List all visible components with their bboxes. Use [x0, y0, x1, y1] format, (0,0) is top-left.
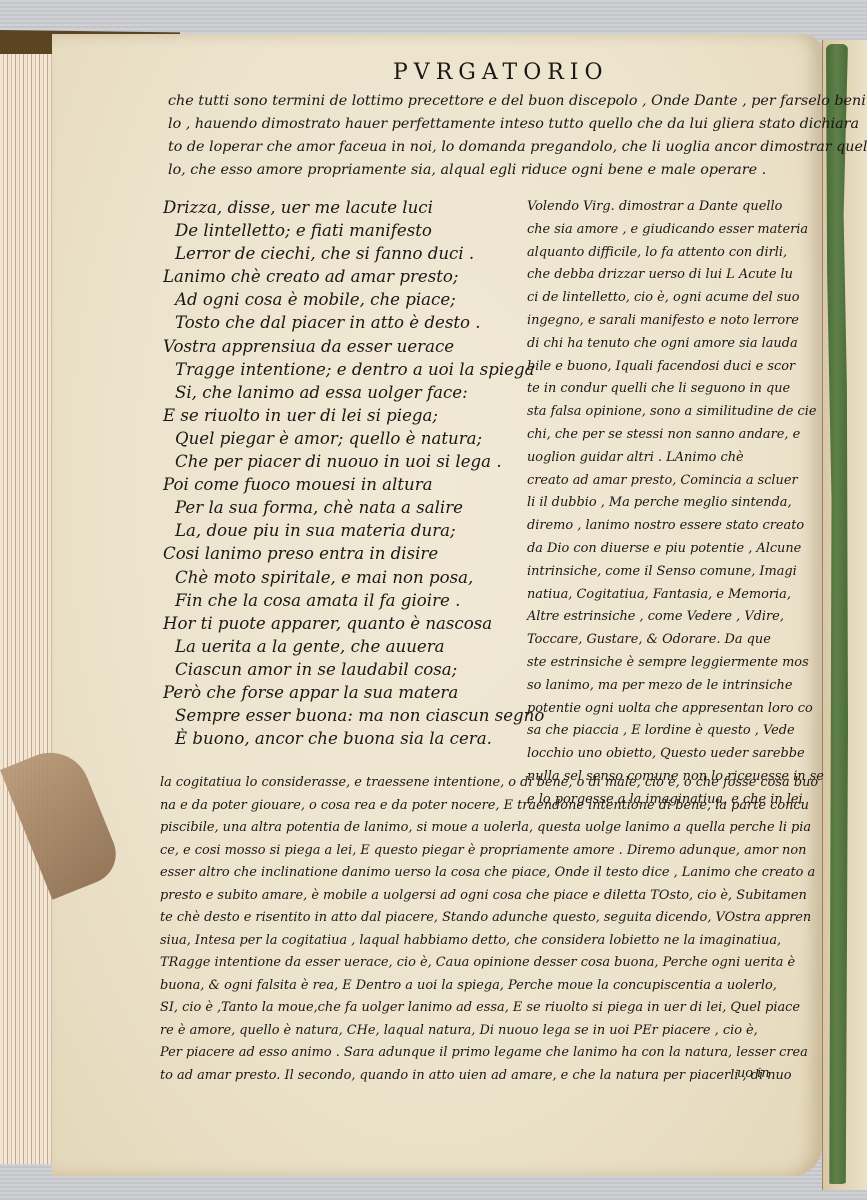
commentary-line: TRagge intentione da esser uerace, cio è… [160, 952, 780, 975]
catchword: uo in [737, 1066, 770, 1081]
commentary-line: che debba drizzar uerso di lui L Acute l… [527, 264, 785, 287]
verse-line: È buono, ancor che buona sia la cera. [163, 727, 518, 750]
verse-line: Ad ogni cosa è mobile, che piace; [163, 288, 518, 311]
commentary-line: che sia amore , e giudicando esser mater… [527, 219, 785, 242]
commentary-line: ste estrinsiche è sempre leggiermente mo… [527, 652, 785, 675]
commentary-line: esser altro che inclinatione danimo uers… [160, 862, 780, 885]
verse-line: Si, che lanimo ad essa uolger face: [163, 381, 518, 404]
verse-column: Drizza, disse, uer me lacute luciDe lint… [163, 196, 518, 750]
commentary-line: sta falsa opinione, sono a similitudine … [527, 401, 785, 424]
text-line: lo , hauendo dimostrato hauer perfettame… [168, 113, 778, 136]
commentary-line: so lanimo, ma per mezo de le intrinsiche [527, 675, 785, 698]
commentary-line: re è amore, quello è natura, CHe, laqual… [160, 1020, 780, 1043]
verse-line: E se riuolto in uer di lei si piega; [163, 404, 518, 427]
verse-line: Lanimo chè creato ad amar presto; [163, 265, 518, 288]
verse-line: Tosto che dal piacer in atto è desto . [163, 311, 518, 334]
verse-line: De lintelletto; e fiati manifesto [163, 219, 518, 242]
commentary-line: Per piacere ad esso animo . Sara adunque… [160, 1042, 780, 1065]
commentary-line: presto e subito amare, è mobile a uolger… [160, 885, 780, 908]
running-title: PVRGATORIO [393, 60, 609, 85]
text-line: che tutti sono termini de lottimo precet… [168, 90, 778, 113]
text-line: lo, che esso amore propriamente sia, alq… [168, 159, 778, 182]
commentary-line: siua, Intesa per la cogitatiua , laqual … [160, 930, 780, 953]
commentary-line: da Dio con diuerse e piu potentie , Alcu… [527, 538, 785, 561]
verse-line: Ciascun amor in se laudabil cosa; [163, 658, 518, 681]
commentary-line: ce, e cosi mosso si piega a lei, E quest… [160, 840, 780, 863]
commentary-paragraph: la cogitatiua lo considerasse, e traesse… [160, 772, 780, 1087]
commentary-line: piscibile, una altra potentia de lanimo,… [160, 817, 780, 840]
commentary-line: buona, & ogni falsita è rea, E Dentro a … [160, 975, 780, 998]
verse-line: Cosi lanimo preso entra in disire [163, 542, 518, 565]
commentary-line: Toccare, Gustare, & Odorare. Da que [527, 629, 785, 652]
commentary-line: to ad amar presto. Il secondo, quando in… [160, 1065, 780, 1088]
commentary-line: intrinsiche, come il Senso comune, Imagi [527, 561, 785, 584]
page-edges [0, 38, 57, 1164]
commentary-line: SI, cio è ,Tanto la moue,che fa uolger l… [160, 997, 780, 1020]
verse-line: Chè moto spiritale, e mai non posa, [163, 566, 518, 589]
verse-line: La uerita a la gente, che auuera [163, 635, 518, 658]
commentary-line: na e da poter giouare, o cosa rea e da p… [160, 795, 780, 818]
verse-line: Fin che la cosa amata il fa gioire . [163, 589, 518, 612]
intro-paragraph: che tutti sono termini de lottimo precet… [168, 90, 778, 182]
commentary-line: chi, che per se stessi non sanno andare,… [527, 424, 785, 447]
commentary-line: li il dubbio , Ma perche meglio sintenda… [527, 492, 785, 515]
commentary-line: la cogitatiua lo considerasse, e traesse… [160, 772, 780, 795]
commentary-line: locchio uno obietto, Questo ueder sarebb… [527, 743, 785, 766]
commentary-line: bile e buono, Iquali facendosi duci e sc… [527, 356, 785, 379]
commentary-line: ingegno, e sarali manifesto e noto lerro… [527, 310, 785, 333]
verse-line: Quel piegar è amor; quello è natura; [163, 427, 518, 450]
verse-line: Poi come fuoco mouesi in altura [163, 473, 518, 496]
verse-line: Per la sua forma, chè nata a salire [163, 496, 518, 519]
verse-line: Vostra apprensiua da esser uerace [163, 335, 518, 358]
commentary-line: creato ad amar presto, Comincia a scluer [527, 470, 785, 493]
commentary-line: ci de lintelletto, cio è, ogni acume del… [527, 287, 785, 310]
commentary-line: Altre estrinsiche , come Vedere , Vdire, [527, 606, 785, 629]
verse-line: Tragge intentione; e dentro a uoi la spi… [163, 358, 518, 381]
commentary-line: te chè desto e risentito in atto dal pia… [160, 907, 780, 930]
commentary-column: Volendo Virg. dimostrar a Dante quelloch… [527, 196, 785, 812]
commentary-line: alquanto difficile, lo fa attento con di… [527, 242, 785, 265]
verse-line: Che per piacer di nuouo in uoi si lega . [163, 450, 518, 473]
commentary-line: natiua, Cogitatiua, Fantasia, e Memoria, [527, 584, 785, 607]
commentary-line: sa che piaccia , E lordine è questo , Ve… [527, 720, 785, 743]
commentary-line: te in condur quelli che li seguono in qu… [527, 378, 785, 401]
commentary-line: diremo , lanimo nostro essere stato crea… [527, 515, 785, 538]
commentary-line: uoglion guidar altri . LAnimo chè [527, 447, 785, 470]
verse-line: Però che forse appar la sua matera [163, 681, 518, 704]
commentary-line: potentie ogni uolta che appresentan loro… [527, 698, 785, 721]
verse-line: Hor ti puote apparer, quanto è nascosa [163, 612, 518, 635]
verse-line: Lerror de ciechi, che si fanno duci . [163, 242, 518, 265]
verse-line: La, doue piu in sua materia dura; [163, 519, 518, 542]
text-line: to de loperar che amor faceua in noi, lo… [168, 136, 778, 159]
commentary-line: Volendo Virg. dimostrar a Dante quello [527, 196, 785, 219]
commentary-line: di chi ha tenuto che ogni amore sia laud… [527, 333, 785, 356]
verse-line: Drizza, disse, uer me lacute luci [163, 196, 518, 219]
verse-line: Sempre esser buona: ma non ciascun segno [163, 704, 518, 727]
